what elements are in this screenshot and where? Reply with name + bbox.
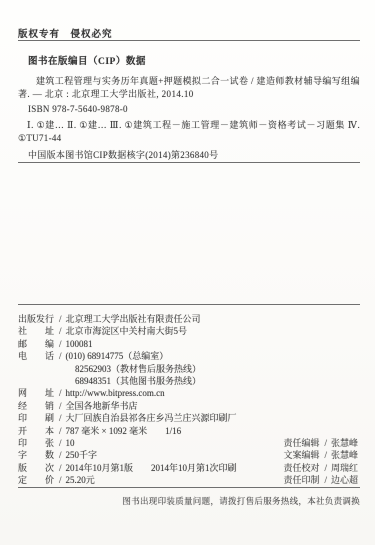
cip-registry-number: 中国版本图书馆CIP数据核字(2014)第236840号 bbox=[18, 149, 360, 162]
colophon-row-phone-extra: 82562903（教材售后服务热线） bbox=[18, 363, 360, 375]
separator-slash: / bbox=[324, 462, 327, 474]
separator-slash: / bbox=[59, 474, 62, 486]
staff-row-editor: 责任编辑/张慧峰 bbox=[283, 437, 358, 449]
colophon-value: (010) 68914775（总编室） bbox=[66, 350, 169, 362]
cip-heading: 图书在版编目（CIP）数据 bbox=[28, 53, 360, 67]
book-copyright-page: 版权专有 侵权必究 图书在版编目（CIP）数据 建筑工程管理与实务历年真题+押题… bbox=[0, 0, 375, 545]
staff-label: 文案编辑 bbox=[283, 449, 319, 461]
staff-value: 边心超 bbox=[331, 474, 358, 486]
separator-slash: / bbox=[324, 474, 327, 486]
blank-area bbox=[18, 163, 360, 304]
colophon-row-format: 开本/787 毫米 × 1092 毫米 1/16 bbox=[18, 425, 360, 437]
staff-value: 周瑞红 bbox=[331, 462, 358, 474]
colophon-row-phone-extra: 68948351（其他图书服务热线） bbox=[18, 375, 360, 387]
colophon-row-distributor: 经销/全国各地新华书店 bbox=[18, 400, 360, 412]
colophon-label: 印刷 bbox=[18, 412, 54, 424]
staff-row-proofreader: 责任校对/周瑞红 bbox=[283, 462, 358, 474]
colophon-value: 787 毫米 × 1092 毫米 1/16 bbox=[66, 425, 182, 437]
colophon-value: 2014年10月第1版 2014年10月第1次印刷 bbox=[66, 462, 237, 474]
separator-slash: / bbox=[59, 338, 62, 350]
separator-slash: / bbox=[59, 425, 62, 437]
staff-value: 张慧峰 bbox=[331, 437, 358, 449]
staff-credits: 责任编辑/张慧峰 文案编辑/张慧峰 责任校对/周瑞红 责任印制/边心超 bbox=[283, 437, 358, 487]
colophon-value: 68948351（其他图书服务热线） bbox=[75, 375, 201, 387]
staff-row-copy-editor: 文案编辑/张慧峰 bbox=[283, 449, 358, 461]
colophon-row-website: 网址/http://www.bitpress.com.cn bbox=[18, 387, 360, 399]
separator-slash: / bbox=[59, 325, 62, 337]
colophon-label: 版次 bbox=[18, 462, 54, 474]
staff-row-print-supervisor: 责任印制/边心超 bbox=[283, 474, 358, 486]
colophon-value: 大厂回族自治县祁各庄乡冯兰庄兴源印刷厂 bbox=[66, 412, 237, 424]
colophon-value: 82562903（教材售后服务热线） bbox=[75, 363, 201, 375]
colophon-label: 邮编 bbox=[18, 338, 54, 350]
colophon-row-address: 社址/北京市海淀区中关村南大街5号 bbox=[18, 325, 360, 337]
colophon-label: 电话 bbox=[18, 350, 54, 362]
divider-colophon-top bbox=[18, 304, 360, 305]
separator-slash: / bbox=[59, 350, 62, 362]
separator-slash: / bbox=[59, 400, 62, 412]
colophon-label: 经销 bbox=[18, 400, 54, 412]
colophon-label: 社址 bbox=[18, 325, 54, 337]
colophon-value: 全国各地新华书店 bbox=[66, 400, 138, 412]
separator-slash: / bbox=[59, 313, 62, 325]
quality-replacement-note: 图书出现印装质量问题，请拨打售后服务热线，本社负责调换 bbox=[18, 495, 360, 507]
isbn-line: ISBN 978-7-5640-9878-0 bbox=[18, 103, 360, 116]
colophon-label: 开本 bbox=[18, 425, 54, 437]
colophon-label: 定价 bbox=[18, 474, 54, 486]
colophon-value: 北京市海淀区中关村南大街5号 bbox=[66, 325, 188, 337]
separator-slash: / bbox=[59, 387, 62, 399]
colophon-row-phone: 电话/(010) 68914775（总编室） bbox=[18, 350, 360, 362]
separator-slash: / bbox=[59, 412, 62, 424]
cip-classification: Ⅰ. ①建… Ⅱ. ①建… Ⅲ. ①建筑工程－施工管理－建筑师－资格考试－习题集… bbox=[18, 119, 360, 145]
divider-footer bbox=[18, 487, 360, 488]
colophon-value: 10 bbox=[66, 437, 75, 449]
separator-slash: / bbox=[59, 449, 62, 461]
colophon-value: 100081 bbox=[66, 338, 93, 350]
separator-slash: / bbox=[59, 462, 62, 474]
colophon-value: 25.20元 bbox=[66, 474, 95, 486]
colophon-row-publisher: 出版发行/北京理工大学出版社有限责任公司 bbox=[18, 313, 360, 325]
colophon-value: 250千字 bbox=[66, 449, 98, 461]
separator-slash: / bbox=[324, 437, 327, 449]
copyright-notice: 版权专有 侵权必究 bbox=[18, 26, 360, 40]
colophon-label: 字数 bbox=[18, 449, 54, 461]
colophon-row-postcode: 邮编/100081 bbox=[18, 338, 360, 350]
staff-value: 张慧峰 bbox=[331, 449, 358, 461]
separator-slash: / bbox=[59, 437, 62, 449]
staff-label: 责任印制 bbox=[283, 474, 319, 486]
staff-label: 责任编辑 bbox=[283, 437, 319, 449]
colophon-value: 北京理工大学出版社有限责任公司 bbox=[66, 313, 201, 325]
cip-description: 建筑工程管理与实务历年真题+押题模拟二合一试卷 / 建造师教材辅导编写组编著. … bbox=[18, 75, 360, 101]
staff-label: 责任校对 bbox=[283, 462, 319, 474]
colophon-block: 出版发行/北京理工大学出版社有限责任公司 社址/北京市海淀区中关村南大街5号 邮… bbox=[18, 313, 360, 487]
colophon-label: 印张 bbox=[18, 437, 54, 449]
colophon-label: 出版发行 bbox=[18, 313, 54, 325]
colophon-label: 网址 bbox=[18, 387, 54, 399]
divider-header bbox=[18, 40, 360, 41]
colophon-row-printer: 印刷/大厂回族自治县祁各庄乡冯兰庄兴源印刷厂 bbox=[18, 412, 360, 424]
separator-slash: / bbox=[324, 449, 327, 461]
colophon-value: http://www.bitpress.com.cn bbox=[66, 387, 165, 399]
